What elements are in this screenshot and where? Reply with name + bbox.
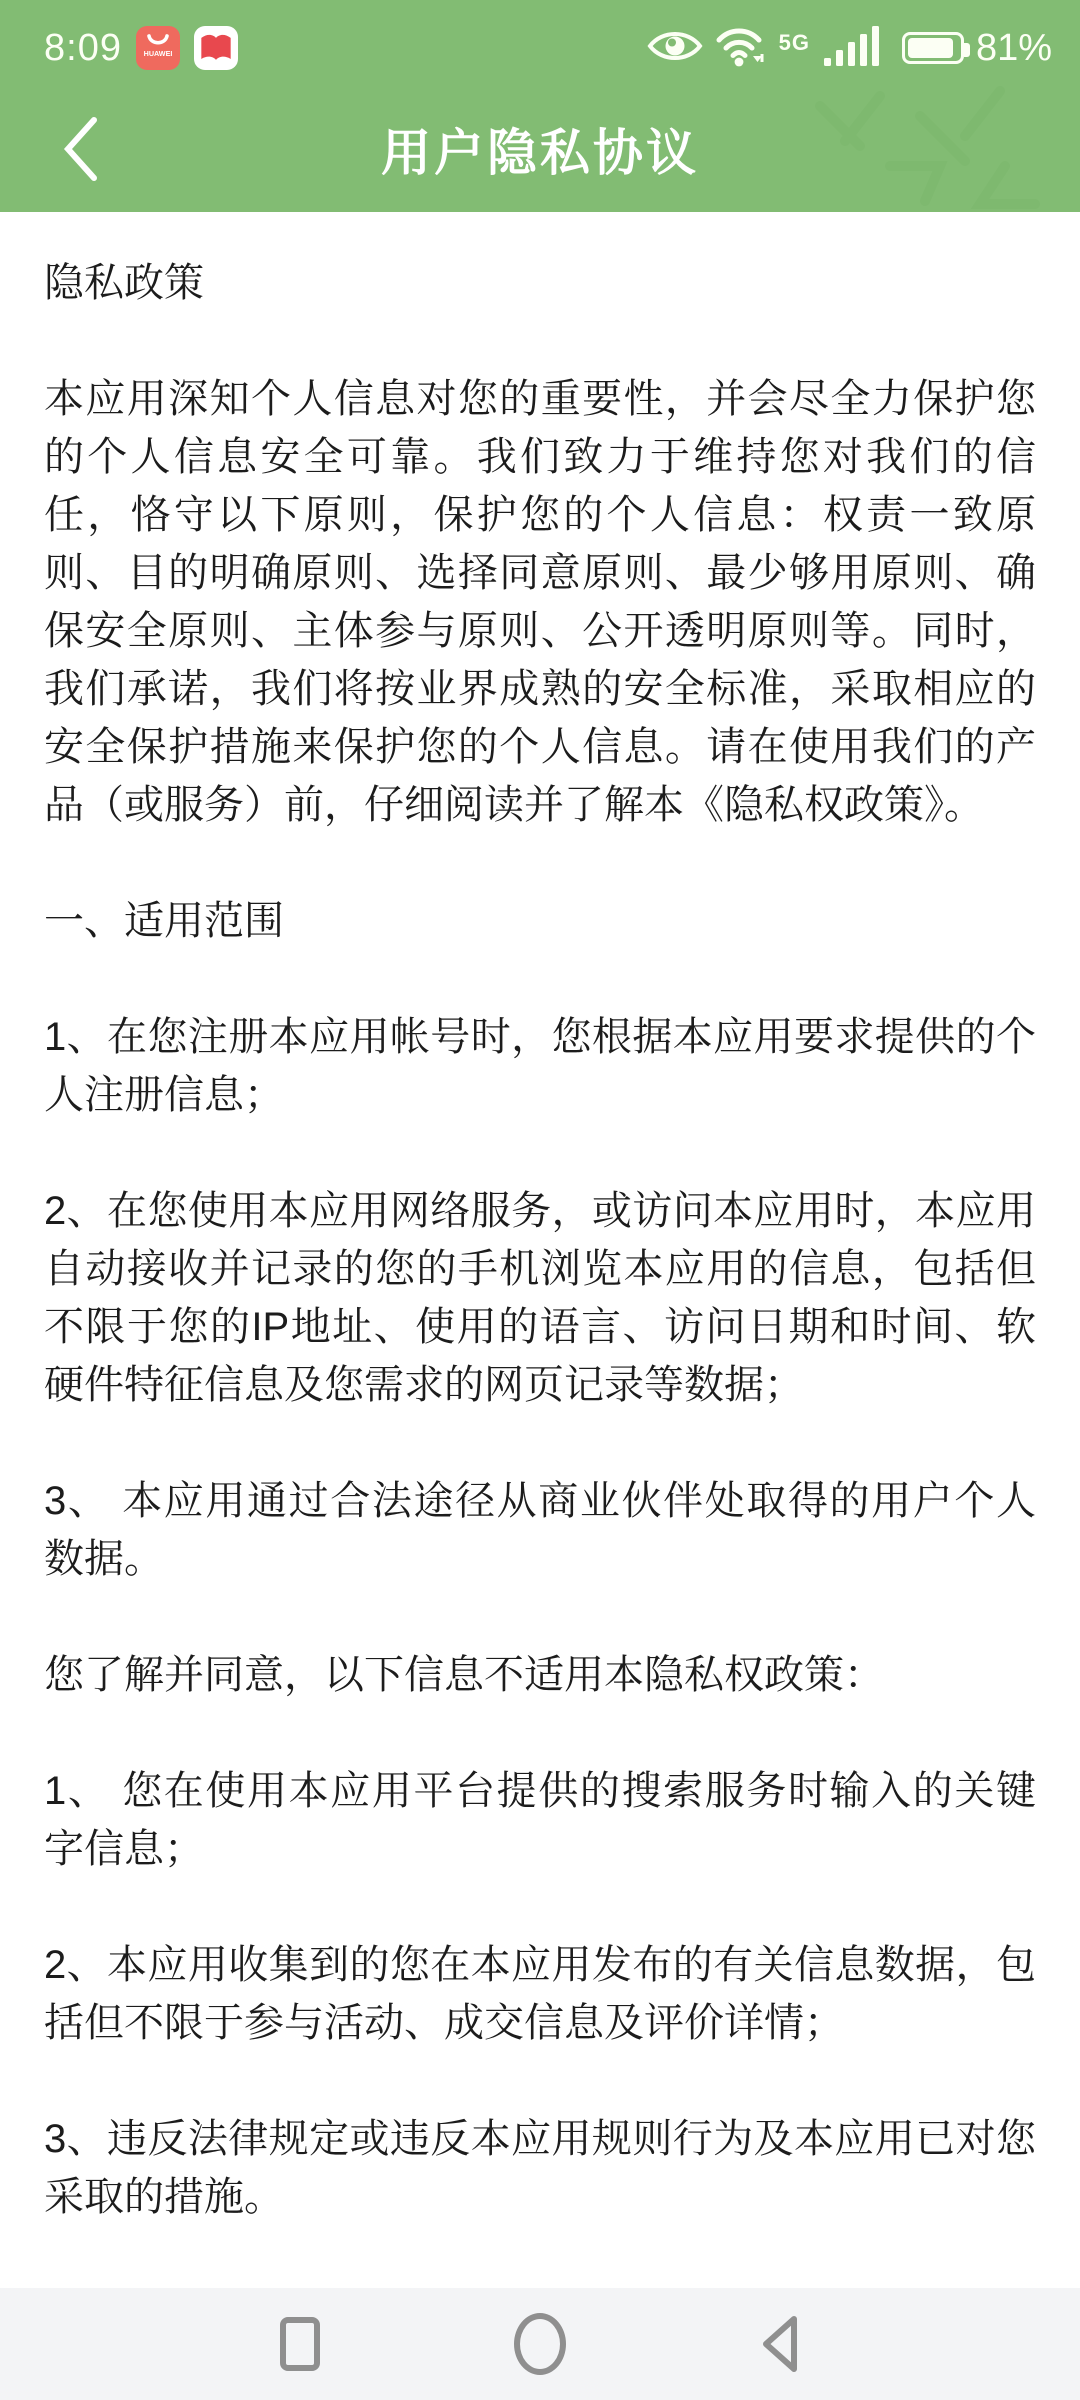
phone-screen: 8:09 HUAWEI (0, 0, 1080, 2400)
network-type-label: 5G (779, 30, 810, 56)
appgallery-label: HUAWEI (144, 49, 173, 58)
battery-fill (908, 38, 953, 58)
huawei-appgallery-icon: HUAWEI (136, 26, 180, 70)
header: 8:09 HUAWEI (0, 0, 1080, 212)
battery-percent-label: 81% (976, 27, 1052, 70)
battery-cap (964, 43, 970, 57)
app-bar: 用户隐私协议 (0, 86, 1080, 212)
back-triangle-icon[interactable] (748, 2308, 812, 2380)
policy-paragraph: 本应用深知个人信息对您的重要性，并会尽全力保护您的个人信息安全可靠。我们致力于维… (44, 370, 1036, 834)
policy-section-heading: 一、适用范围 (44, 892, 1036, 950)
policy-paragraph: 您了解并同意，以下信息不适用本隐私权政策： (44, 1646, 1036, 1704)
policy-paragraph: 1、在您注册本应用帐号时，您根据本应用要求提供的个人注册信息； (44, 1008, 1036, 1124)
policy-paragraph: 3、违反法律规定或违反本应用规则行为及本应用已对您采取的措施。 (44, 2110, 1036, 2226)
reader-book-icon (194, 26, 238, 70)
page-title: 用户隐私协议 (0, 86, 1080, 212)
policy-paragraph: 1、 您在使用本应用平台提供的搜索服务时输入的关键字信息； (44, 1762, 1036, 1878)
policy-heading: 隐私政策 (44, 254, 1036, 312)
battery-icon (902, 32, 964, 64)
clock: 8:09 (44, 27, 122, 70)
wifi-icon (715, 25, 767, 72)
privacy-policy-scroll-area[interactable]: 隐私政策 本应用深知个人信息对您的重要性，并会尽全力保护您的个人信息安全可靠。我… (0, 212, 1080, 2288)
status-bar-right: 5G 81% (647, 24, 1052, 73)
cellular-signal-icon (822, 24, 886, 73)
recents-square-icon[interactable] (268, 2308, 332, 2380)
policy-paragraph: 3、 本应用通过合法途径从商业伙伴处取得的用户个人数据。 (44, 1472, 1036, 1588)
navigation-bar (0, 2288, 1080, 2400)
status-bar: 8:09 HUAWEI (0, 0, 1080, 86)
policy-paragraph: 2、在您使用本应用网络服务，或访问本应用时，本应用自动接收并记录的您的手机浏览本… (44, 1182, 1036, 1414)
policy-paragraph: 2、本应用收集到的您在本应用发布的有关信息数据，包括但不限于参与活动、成交信息及… (44, 1936, 1036, 2052)
eye-comfort-icon (647, 27, 703, 70)
status-bar-left: 8:09 HUAWEI (44, 26, 238, 70)
home-circle-icon[interactable] (508, 2308, 572, 2380)
